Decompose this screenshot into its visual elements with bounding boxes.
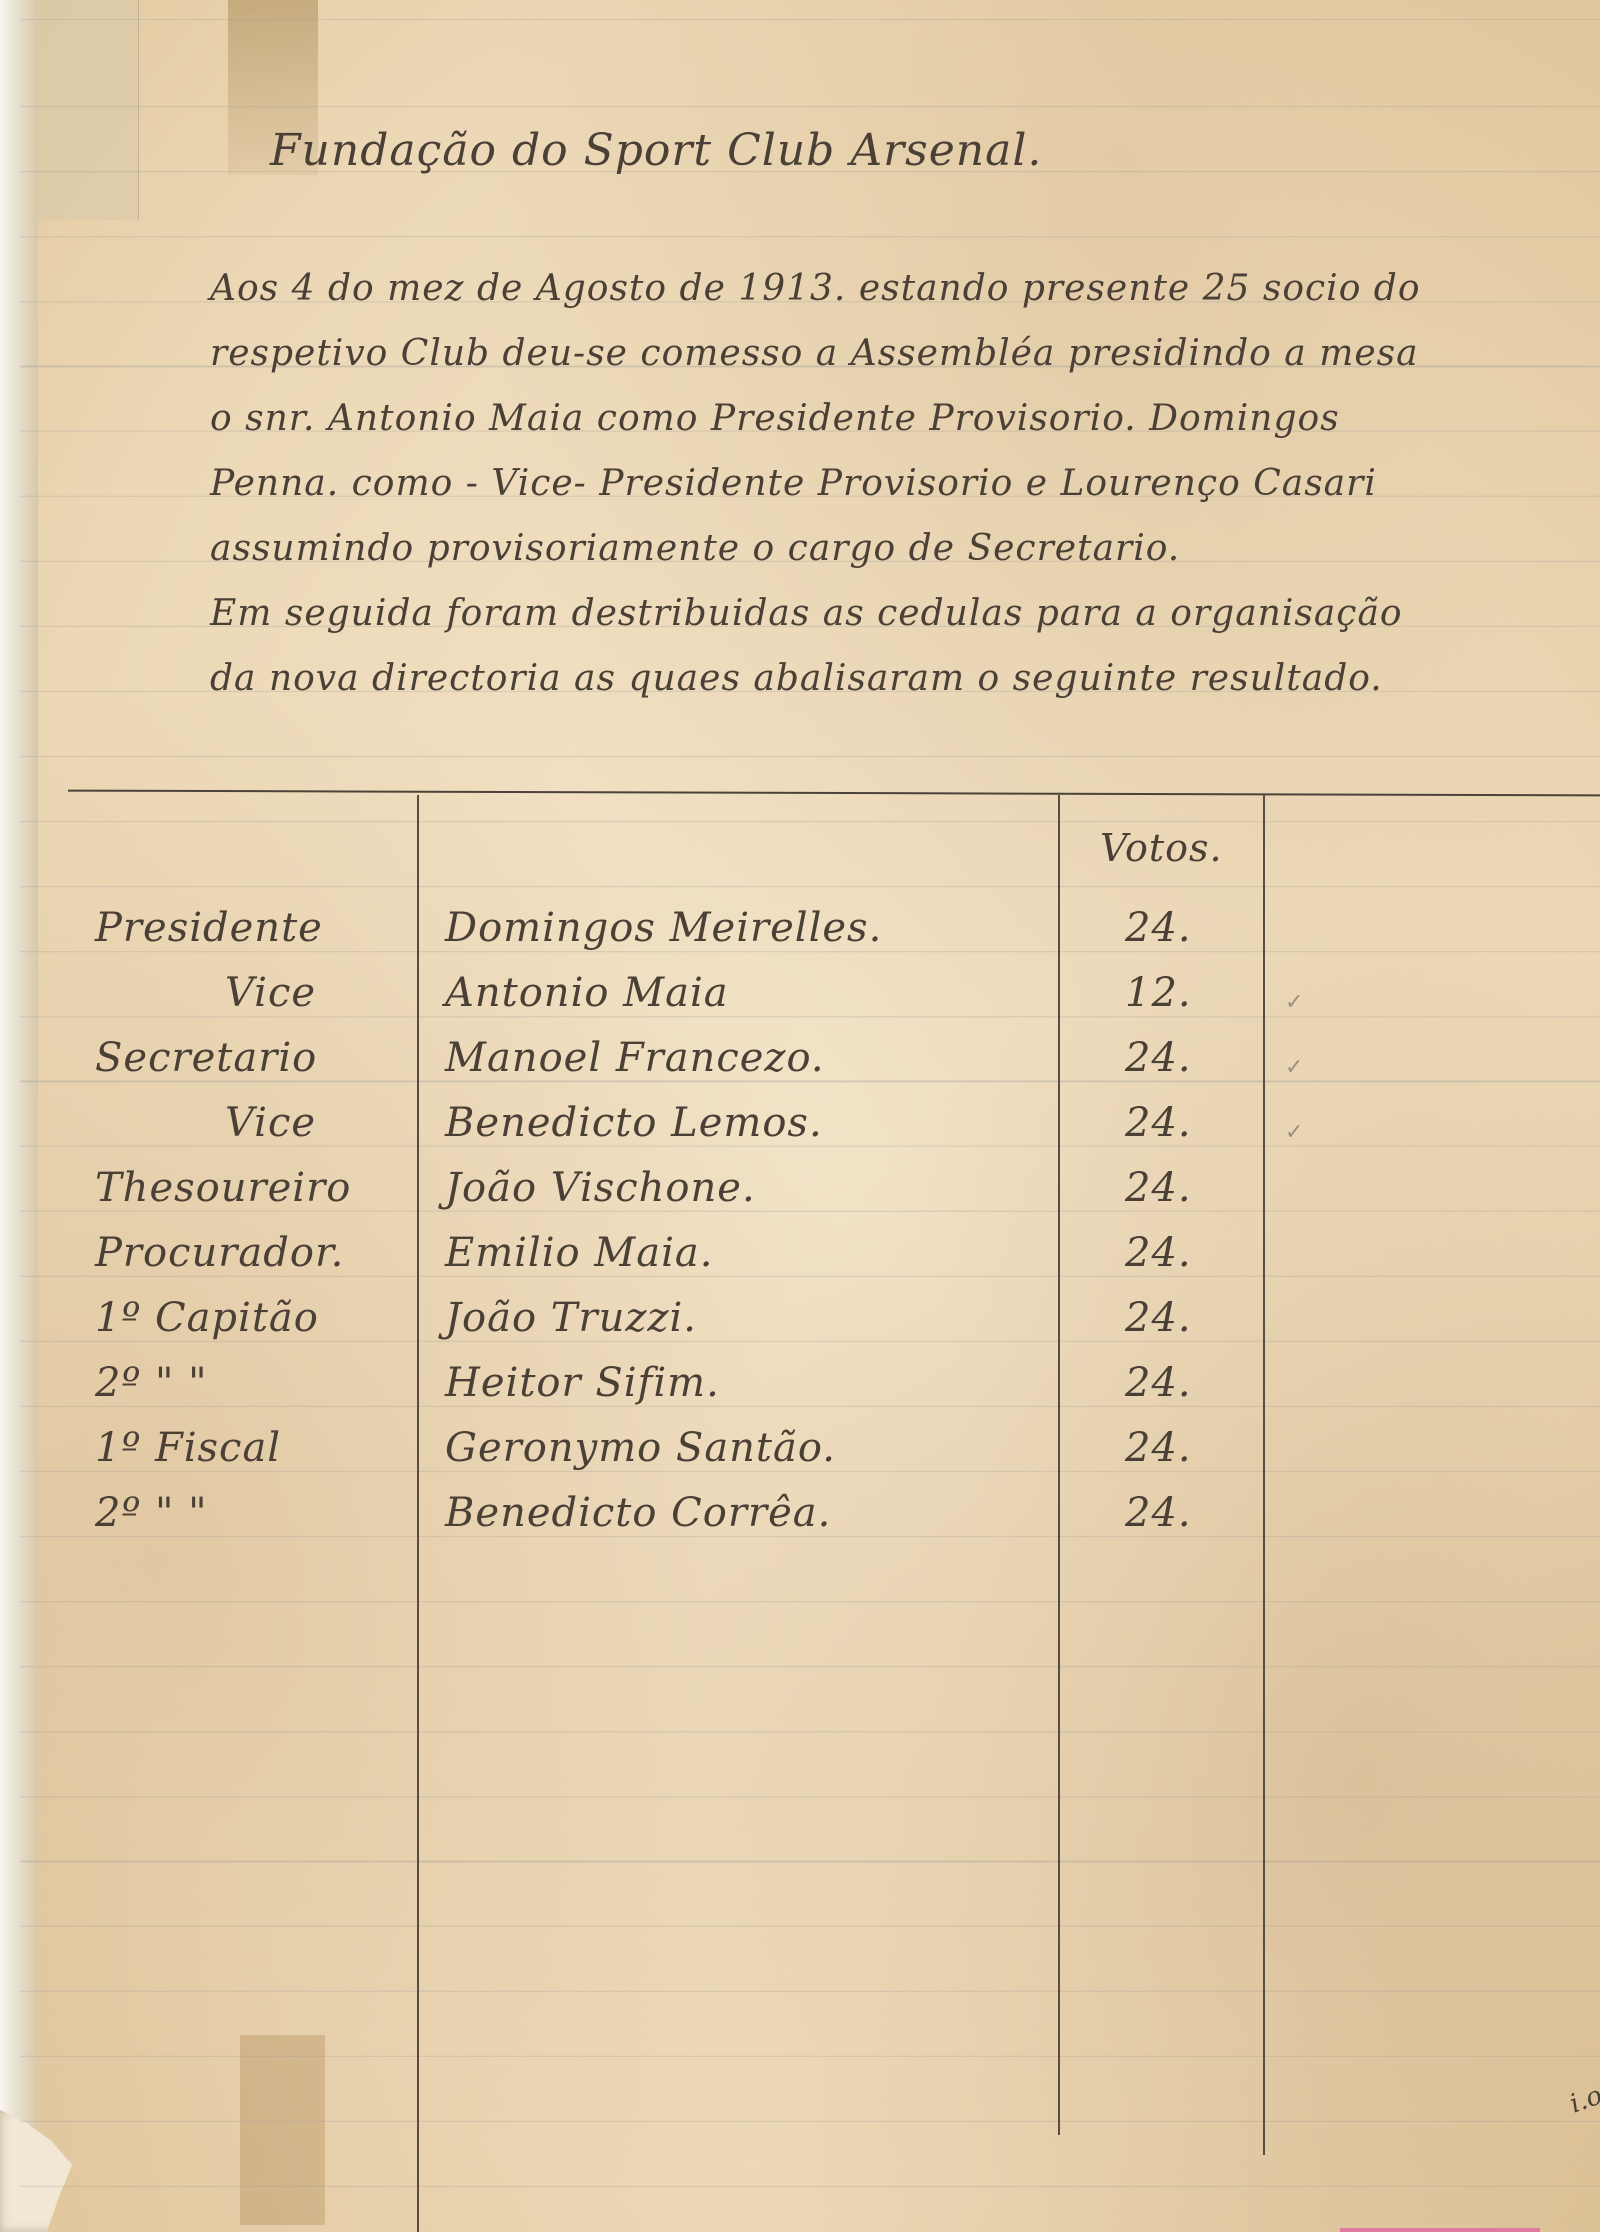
- paragraph-line: Em seguida foram destribuidas as cedulas…: [210, 593, 1403, 634]
- column-divider-role-name: [417, 795, 419, 2232]
- check-mark-icon: ✓: [1285, 1120, 1303, 1145]
- role-cell: Secretario: [95, 1035, 317, 1081]
- name-cell: Domingos Meirelles.: [445, 905, 882, 951]
- paragraph-line: da nova directoria as quaes abalisaram o…: [210, 658, 1383, 699]
- votes-cell: 24.: [1125, 905, 1192, 951]
- name-cell: Antonio Maia: [445, 970, 729, 1016]
- votes-cell: 24.: [1125, 1490, 1192, 1536]
- column-divider-name-votes: [1058, 795, 1060, 2135]
- paragraph-line: assumindo provisoriamente o cargo de Sec…: [210, 528, 1180, 569]
- votes-cell: 12.: [1125, 970, 1192, 1016]
- name-cell: Benedicto Corrêa.: [445, 1490, 831, 1536]
- votes-cell: 24.: [1125, 1165, 1192, 1211]
- name-cell: Benedicto Lemos.: [445, 1100, 823, 1146]
- paragraph-line: respetivo Club deu-se comesso a Assemblé…: [210, 333, 1419, 374]
- votes-cell: 24.: [1125, 1100, 1192, 1146]
- column-divider-votes-margin: [1263, 795, 1265, 2155]
- role-cell: Presidente: [95, 905, 323, 951]
- name-cell: João Truzzi.: [445, 1295, 697, 1341]
- ledger-page: Fundação do Sport Club Arsenal. Aos 4 do…: [0, 0, 1600, 2232]
- votes-cell: 24.: [1125, 1035, 1192, 1081]
- votes-cell: 24.: [1125, 1230, 1192, 1276]
- votes-column-header: Votos.: [1100, 826, 1223, 870]
- name-cell: Geronymo Santão.: [445, 1425, 836, 1471]
- role-cell: 1º Fiscal: [95, 1425, 281, 1471]
- check-mark-icon: ✓: [1285, 990, 1303, 1015]
- role-cell: Vice: [225, 1100, 316, 1146]
- role-cell: 2º " ": [95, 1490, 207, 1536]
- role-cell: Thesoureiro: [95, 1165, 351, 1211]
- votes-cell: 24.: [1125, 1295, 1192, 1341]
- votes-cell: 24.: [1125, 1425, 1192, 1471]
- name-cell: Heitor Sifim.: [445, 1360, 720, 1406]
- role-cell: 2º " ": [95, 1360, 207, 1406]
- role-cell: Procurador.: [95, 1230, 344, 1276]
- name-cell: João Vischone.: [445, 1165, 756, 1211]
- role-cell: Vice: [225, 970, 316, 1016]
- name-cell: Emilio Maia.: [445, 1230, 713, 1276]
- votes-cell: 24.: [1125, 1360, 1192, 1406]
- paragraph-line: o snr. Antonio Maia como Presidente Prov…: [210, 398, 1340, 439]
- paragraph-line: Aos 4 do mez de Agosto de 1913. estando …: [210, 268, 1421, 309]
- check-mark-icon: ✓: [1285, 1055, 1303, 1080]
- paragraph-line: Penna. como - Vice- Presidente Provisori…: [210, 463, 1377, 504]
- document-title: Fundação do Sport Club Arsenal.: [270, 125, 1042, 176]
- role-cell: 1º Capitão: [95, 1295, 319, 1341]
- name-cell: Manoel Francezo.: [445, 1035, 825, 1081]
